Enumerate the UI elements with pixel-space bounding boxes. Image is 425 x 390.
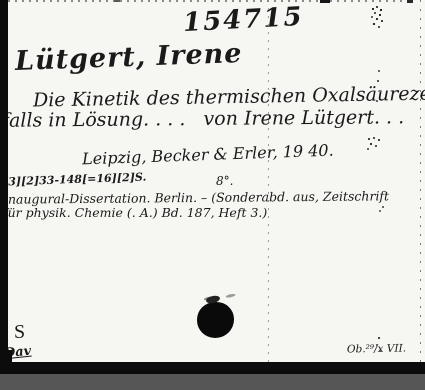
- ink-smudge: [376, 62, 378, 64]
- author-heading: Lütgert, Irene: [15, 40, 243, 75]
- fold-guide-dotted-line: [268, 0, 269, 362]
- scanner-background: [0, 374, 425, 390]
- top-edge-mark: [407, 0, 413, 3]
- hole-punch: [197, 302, 234, 338]
- right-edge-dotted-line: [420, 0, 421, 362]
- ink-smudge: [366, 136, 368, 138]
- collation-note: [3][2]33-148[=16][2]S.: [3, 172, 147, 188]
- top-edge-dotted-line: [8, 0, 410, 2]
- ink-smudge: [378, 203, 380, 205]
- card-bottom-edge: [0, 362, 425, 374]
- accession-number: 154715: [182, 4, 304, 36]
- ink-smudge: [370, 6, 372, 8]
- ink-smudge: [376, 330, 378, 332]
- scanned-catalog-card: 154715 Lütgert, Irene Die Kinetik des th…: [0, 0, 425, 390]
- top-edge-mark: [320, 0, 330, 3]
- scan-left-edge: [0, 0, 8, 358]
- dissertation-note-line-1: Inaugural-Dissertation. Berlin. – (Sonde…: [3, 190, 389, 206]
- imprint-line: Leipzig, Becker & Erler, 19 40.: [82, 143, 334, 168]
- title-line-2: falls in Lösung. . . . von Irene Lütgert…: [2, 108, 404, 131]
- format-mark: 8°.: [216, 175, 233, 187]
- top-edge-mark: [114, 0, 120, 2]
- shelf-letter: S: [14, 321, 25, 344]
- date-annotation: Ob.²⁹/x VII.: [347, 343, 406, 355]
- dissertation-note-line-2: für physik. Chemie (. A.) Bd. 187, Heft …: [3, 207, 267, 220]
